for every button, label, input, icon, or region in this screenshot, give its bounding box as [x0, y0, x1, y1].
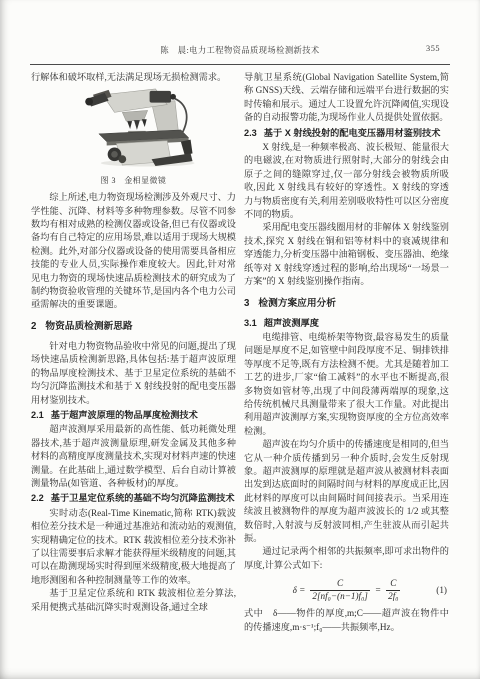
subsection-heading-2-2: 2.2 基于卫星定位系统的基础不均匀沉降监测技术 [31, 492, 236, 505]
metallographic-microscope-image [65, 87, 203, 167]
section-3-number: 3 [244, 297, 249, 310]
subsection-2-1-number: 2.1 [31, 409, 44, 422]
paragraph-3-1-b: 超声波在均匀介质中的传播速度是相同的,但当它从一种介质传播到另一种介质时,会发生… [244, 438, 449, 545]
subsection-heading-2-1: 2.1 基于超声波原理的物品厚度检测技术 [31, 409, 236, 422]
paragraph-2-3-b: 采用配电变压器线圈用材的非解体 X 射线鉴别技术,探究 X 射线在铜和铝等材料中… [244, 221, 449, 288]
microscope-fine-knob [118, 156, 126, 164]
subsection-heading-3-1: 3.1 超声波测厚度 [244, 317, 449, 330]
running-header: 陈 晨:电力工程物资品质现场检测新技术 355 [30, 44, 450, 65]
microscope-objective-3 [141, 120, 146, 128]
subsection-2-1-title: 基于超声波原理的物品厚度检测技术 [51, 409, 236, 422]
paragraph-summary: 综上所述,电力物资现场检测涉及外观尺寸、力学性能、沉降、材料等多种物理参数。尽管… [31, 191, 236, 312]
microscope-objective-2 [134, 121, 140, 131]
paragraph-2-3-a: X 射线,是一种频率极高、波长极短、能量很大的电磁波,在对物质进行照射时,大部分… [244, 141, 449, 221]
section-3-title: 检测方案应用分析 [258, 297, 336, 310]
equation-number: (1) [436, 584, 447, 597]
fraction-1-numerator: C [335, 578, 345, 590]
microscope-focus-knob-inner [111, 151, 118, 158]
equation-equals: = [375, 584, 381, 597]
equation-fraction-1: C 2[nf₀−(n−1)f₀] [310, 578, 370, 602]
microscope-camera-module [149, 91, 170, 103]
equation-1: δ = C 2[nf₀−(n−1)f₀] = C 2f₀ (1) [244, 578, 449, 602]
column-left: 行解体和破坏取样,无法满足现场无损检测需求。 [31, 71, 236, 614]
subsection-heading-2-3: 2.3 基于 X 射线投射的配电变压器用材鉴别技术 [244, 127, 449, 140]
section-2-number: 2 [31, 320, 36, 333]
equation-fraction-2: C 2f₀ [386, 578, 400, 602]
paragraph-3-1-c: 通过记录两个相邻的共振频率,即可求出物件的厚度,计算公式如下: [244, 545, 449, 572]
section-heading-2: 2 物资品质检测新思路 [31, 320, 236, 333]
figure-3-caption: 图 3 金相显微镜 [31, 174, 236, 187]
running-title: 陈 晨:电力工程物资品质现场检测新技术 [160, 46, 319, 55]
microscope-handle [180, 140, 192, 156]
paper-page: 陈 晨:电力工程物资品质现场检测新技术 355 行解体和破坏取样,无法满足现场无… [0, 0, 480, 679]
subsection-3-1-title: 超声波测厚度 [264, 317, 449, 330]
paragraph-2-2-a: 实时动态(Real-Time Kinematic,简称 RTK)载波相位差分技术… [31, 507, 236, 587]
paragraph-3-1-a: 电缆排管、电缆桥架等物资,最容易发生的质量问题是厚度不足,如管壁中间段厚度不足、… [244, 331, 449, 438]
page-number: 355 [426, 44, 440, 53]
subsection-2-2-title: 基于卫星定位系统的基础不均匀沉降监测技术 [51, 492, 236, 505]
column-right: 导航卫星系统(Global Navigation Satellite Syste… [244, 71, 449, 634]
microscope-objective-1 [127, 122, 132, 130]
microscope-knob-top [170, 94, 176, 100]
fraction-1-denominator: 2[nf₀−(n−1)f₀] [310, 590, 370, 603]
subsection-2-3-title: 基于 X 射线投射的配电变压器用材鉴别技术 [264, 127, 449, 140]
paragraph-2-2-b: 基于卫星定位系统和 RTK 载波相位差分算法,采用便携式基础沉降实时观测设备,通… [31, 587, 236, 614]
figure-3: 图 3 金相显微镜 [31, 87, 236, 187]
fraction-2-numerator: C [388, 578, 398, 590]
fraction-2-denominator: 2f₀ [386, 590, 400, 603]
paragraph-continuation-left: 行解体和破坏取样,无法满足现场无损检测需求。 [31, 71, 236, 84]
equation-lhs: δ = [293, 584, 306, 597]
paragraph-where-clause: 式中 δ——物件的厚度,m;C——超声波在物件中的传播速度,m·s⁻¹;f₀——… [244, 607, 449, 634]
subsection-3-1-number: 3.1 [244, 317, 257, 330]
paragraph-section2-intro: 针对电力物资物品验收中常见的问题,提出了现场快速品质检测新思路,具体包括:基于超… [31, 340, 236, 407]
microscope-ocular [85, 98, 93, 106]
section-heading-3: 3 检测方案应用分析 [244, 297, 449, 310]
subsection-2-2-number: 2.2 [31, 492, 44, 505]
section-2-title: 物资品质检测新思路 [45, 320, 132, 333]
paragraph-continuation-right: 导航卫星系统(Global Navigation Satellite Syste… [244, 71, 449, 125]
paragraph-2-1: 超声波测厚采用最新的高性能、低功耗微处理器技术,基于超声波测量原理,研发金属及其… [31, 423, 236, 490]
subsection-2-3-number: 2.3 [244, 127, 257, 140]
